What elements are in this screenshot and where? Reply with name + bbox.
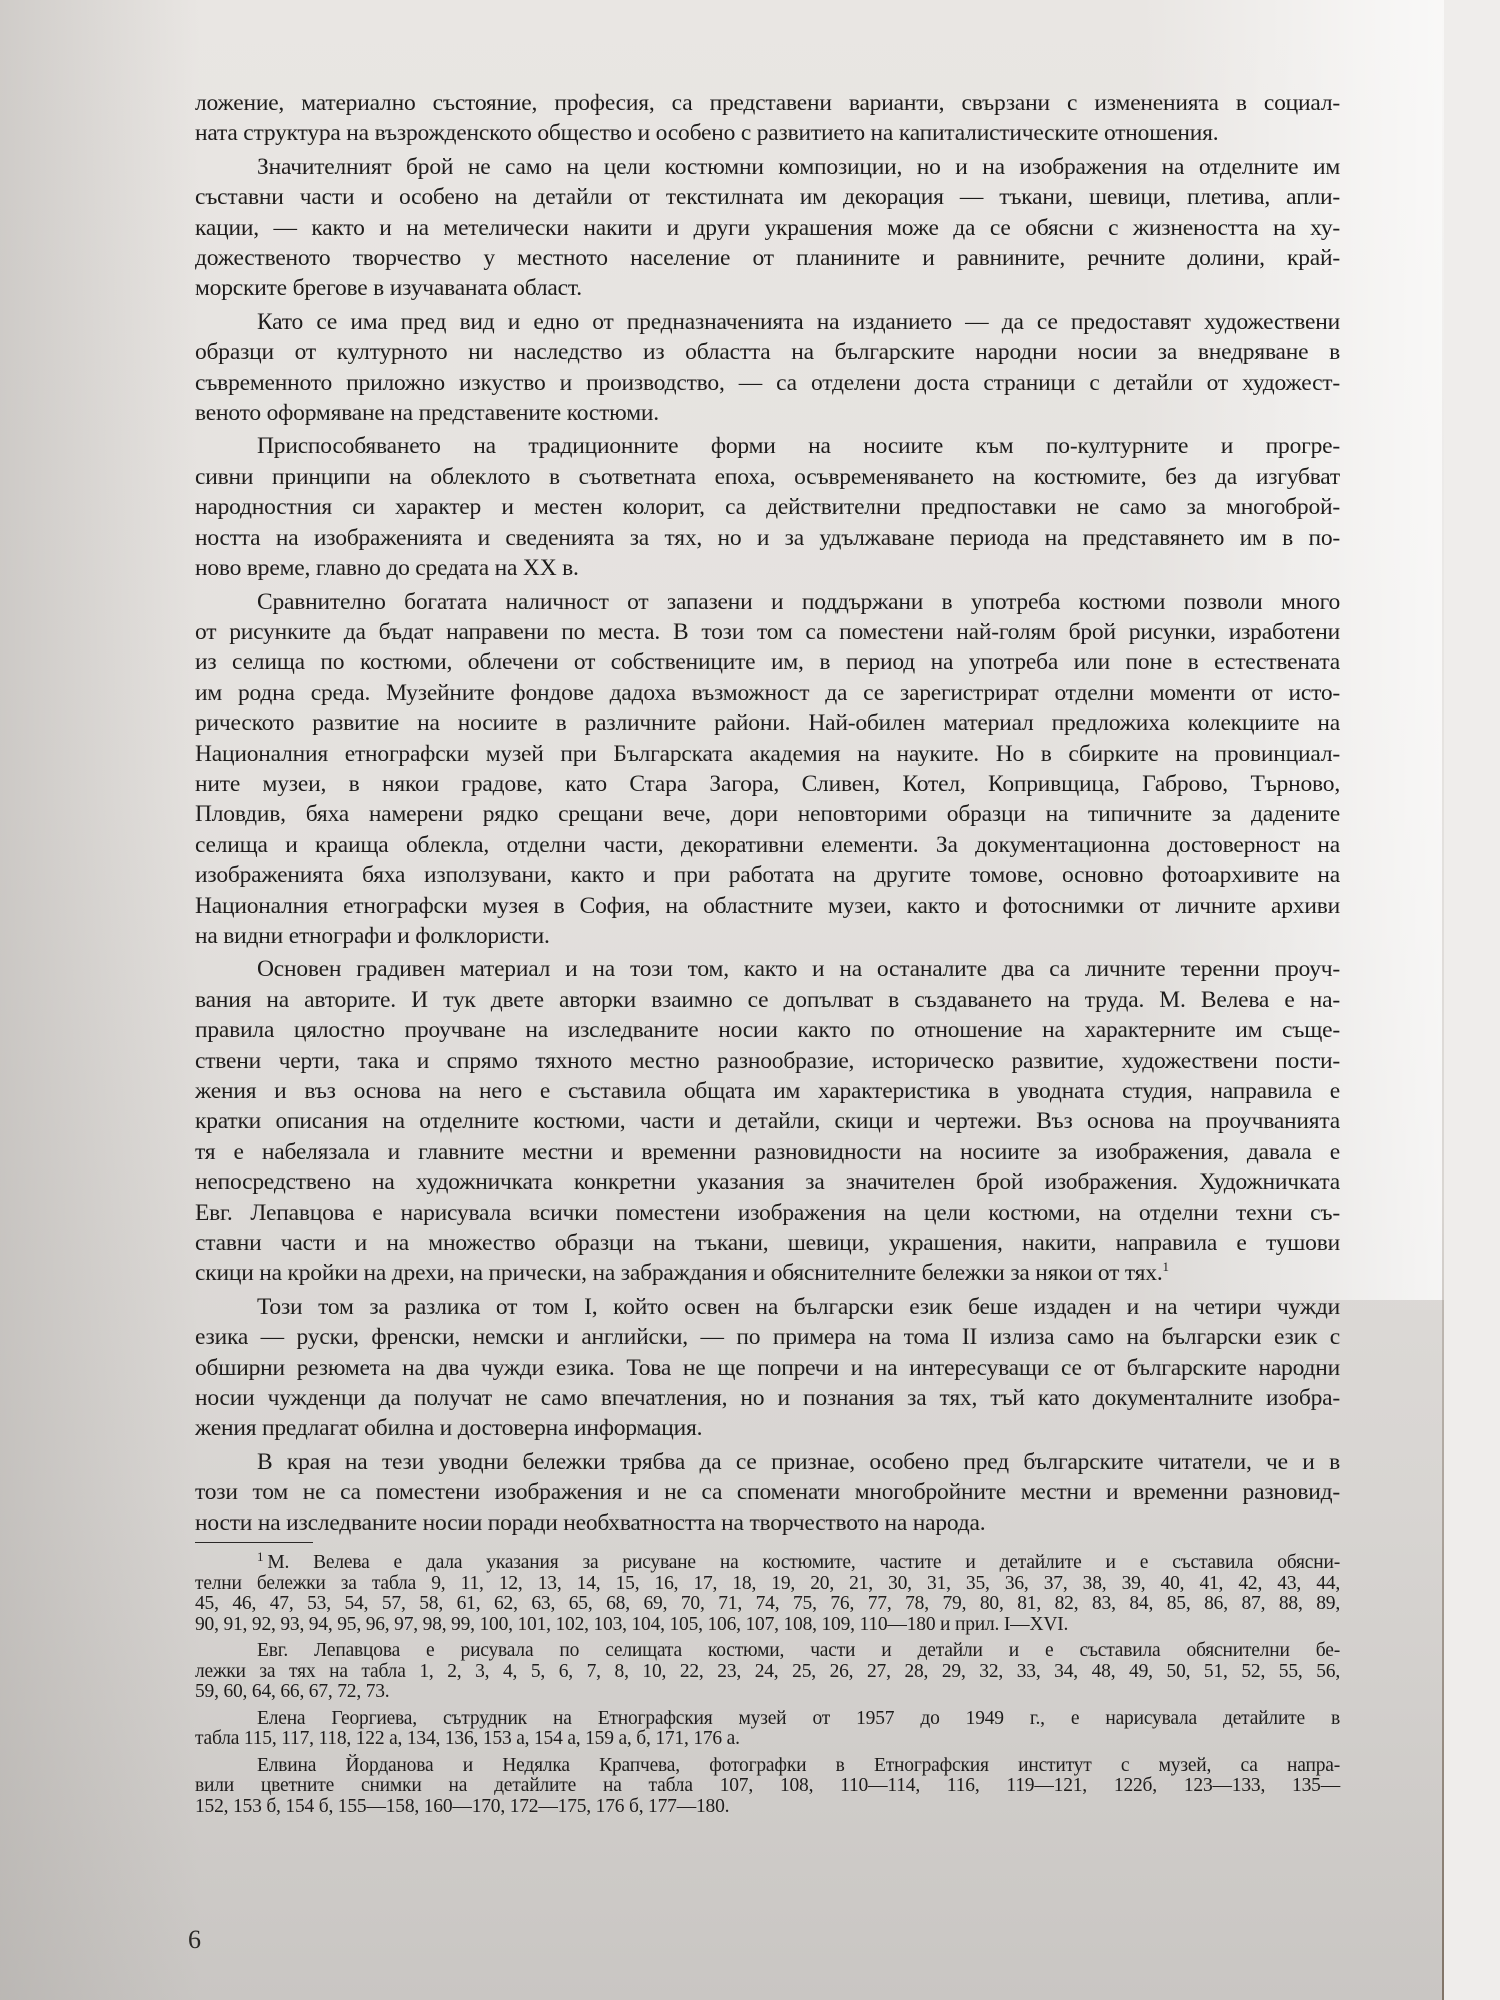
- body-line: дожественото творчество у местното насел…: [195, 243, 1340, 273]
- page-content: ложение, материално състояние, професия,…: [195, 88, 1340, 1823]
- footnotes: 1М. Велева е дала указания за рисуване н…: [195, 1553, 1340, 1817]
- body-line: ставни части и на множество образци на т…: [195, 1228, 1340, 1258]
- body-line: на видни етнографи и фолклористи.: [195, 921, 1340, 951]
- body-line: образци от културното ни наследство из о…: [195, 337, 1340, 367]
- body-line: ново време, главно до средата на XX в.: [195, 553, 1340, 583]
- body-line: Сравнително богатата наличност от запазе…: [195, 587, 1340, 617]
- body-line: жения и въз основа на него е съставила о…: [195, 1076, 1340, 1106]
- body-line: жения предлагат обилна и достоверна инфо…: [195, 1413, 1340, 1443]
- footnote-line: табла 115, 117, 118, 122 а, 134, 136, 15…: [195, 1729, 1340, 1750]
- body-paragraph: Сравнително богатата наличност от запазе…: [195, 587, 1340, 952]
- footnote-marker: 1: [257, 1549, 263, 1564]
- footnote-line: Евг. Лепавцова е рисувала по селищата ко…: [195, 1641, 1340, 1662]
- body-line: народностния си характер и местен колори…: [195, 492, 1340, 522]
- body-line: сивни принципи на облеклото в съответнат…: [195, 462, 1340, 492]
- footnote-line: 152, 153 б, 154 б, 155—158, 160—170, 172…: [195, 1797, 1340, 1818]
- body-line: Националния етнографски музей при Българ…: [195, 739, 1340, 769]
- body-line: изображенията бяха използувани, както и …: [195, 860, 1340, 890]
- body-line: скици на кройки на дрехи, на прически, н…: [195, 1258, 1340, 1288]
- body-line: Основен градивен материал и на този том,…: [195, 954, 1340, 984]
- body-line: Евг. Лепавцова е нарисувала всички помес…: [195, 1198, 1340, 1228]
- body-line: вания на авторите. И тук двете авторки в…: [195, 985, 1340, 1015]
- body-paragraph: Значителният брой не само на цели костюм…: [195, 152, 1340, 304]
- body-line: ността на изображенията и сведенията за …: [195, 523, 1340, 553]
- footnote-paragraph: Елвина Йорданова и Недялка Крапчева, фот…: [195, 1756, 1340, 1818]
- next-page-edge: [1444, 0, 1500, 2000]
- body-line: езика — руски, френски, немски и английс…: [195, 1322, 1340, 1352]
- footnote-line: 59, 60, 64, 66, 67, 72, 73.: [195, 1682, 1340, 1703]
- page-number: 6: [188, 1925, 201, 1955]
- page-edge-line: [1442, 0, 1444, 2000]
- footnote-line: 45, 46, 47, 53, 54, 57, 58, 61, 62, 63, …: [195, 1594, 1340, 1615]
- body-line: тя е набелязала и главните местни и врем…: [195, 1137, 1340, 1167]
- body-line: ложение, материално състояние, професия,…: [195, 88, 1340, 118]
- footnote-line: Елвина Йорданова и Недялка Крапчева, фот…: [195, 1756, 1340, 1777]
- body-paragraph: Приспособяването на традиционните форми …: [195, 431, 1340, 583]
- footnote-line: 1М. Велева е дала указания за рисуване н…: [195, 1553, 1340, 1574]
- footnote-separator: [195, 1542, 313, 1543]
- body-line: В края на тези уводни бележки трябва да …: [195, 1447, 1340, 1477]
- body-line: обширни резюмета на два чужди езика. Тов…: [195, 1353, 1340, 1383]
- body-line: от рисунките да бъдат направени по места…: [195, 617, 1340, 647]
- body-line: веното оформяване на представените костю…: [195, 398, 1340, 428]
- body-line: Значителният брой не само на цели костюм…: [195, 152, 1340, 182]
- body-paragraph: В края на тези уводни бележки трябва да …: [195, 1447, 1340, 1538]
- body-line: ната структура на възрожденското обществ…: [195, 118, 1340, 148]
- body-paragraph: Този том за разлика от том I, който осве…: [195, 1292, 1340, 1444]
- body-line: из селища по костюми, облечени от собств…: [195, 647, 1340, 677]
- body-line: непосредствено на художничката конкретни…: [195, 1167, 1340, 1197]
- body-text: ложение, материално състояние, професия,…: [195, 88, 1340, 1538]
- body-line: Приспособяването на традиционните форми …: [195, 431, 1340, 461]
- body-line: рическото развитие на носиите в различни…: [195, 708, 1340, 738]
- body-line: кратки описания на отделните костюми, ча…: [195, 1106, 1340, 1136]
- body-line: Националния етнографски музея в София, н…: [195, 891, 1340, 921]
- footnote-reference: 1: [1163, 1260, 1169, 1275]
- footnote-line: вили цветните снимки на детайлите на таб…: [195, 1776, 1340, 1797]
- body-line: Като се има пред вид и едно от предназна…: [195, 307, 1340, 337]
- body-line: носии чужденци да получат не само впечат…: [195, 1383, 1340, 1413]
- body-line: ните музеи, в някои градове, като Стара …: [195, 769, 1340, 799]
- body-line: морските брегове в изучаваната област.: [195, 273, 1340, 303]
- body-line: Този том за разлика от том I, който осве…: [195, 1292, 1340, 1322]
- body-line: кации, — както и на метелически накити и…: [195, 213, 1340, 243]
- body-line: им родна среда. Музейните фондове дадоха…: [195, 678, 1340, 708]
- body-line: съвременното приложно изкуство и произво…: [195, 368, 1340, 398]
- footnote-line: 90, 91, 92, 93, 94, 95, 96, 97, 98, 99, …: [195, 1615, 1340, 1636]
- footnote-line: телни бележки за табла 9, 11, 12, 13, 14…: [195, 1574, 1340, 1595]
- body-line: селища и краища облекла, отделни части, …: [195, 830, 1340, 860]
- footnote-line: Елена Георгиева, сътрудник на Етнографск…: [195, 1709, 1340, 1730]
- body-line: правила цялостно проучване на изследвани…: [195, 1015, 1340, 1045]
- body-line: Пловдив, бяха намерени рядко срещани веч…: [195, 799, 1340, 829]
- page-shadow-left: [0, 0, 200, 2000]
- footnote-line: лежки за тях на табла 1, 2, 3, 4, 5, 6, …: [195, 1662, 1340, 1683]
- body-line: ности на изследваните носии поради необх…: [195, 1508, 1340, 1538]
- body-line: съставни части и особено на детайли от т…: [195, 182, 1340, 212]
- body-line: ствени черти, така и спрямо тяхното мест…: [195, 1046, 1340, 1076]
- body-paragraph: Основен градивен материал и на този том,…: [195, 954, 1340, 1288]
- body-paragraph: Като се има пред вид и едно от предназна…: [195, 307, 1340, 429]
- body-line: този том не са поместени изображения и н…: [195, 1477, 1340, 1507]
- footnote-paragraph: Евг. Лепавцова е рисувала по селищата ко…: [195, 1641, 1340, 1703]
- footnote-paragraph: Елена Георгиева, сътрудник на Етнографск…: [195, 1709, 1340, 1750]
- body-paragraph: ложение, материално състояние, професия,…: [195, 88, 1340, 149]
- footnote-paragraph: 1М. Велева е дала указания за рисуване н…: [195, 1553, 1340, 1635]
